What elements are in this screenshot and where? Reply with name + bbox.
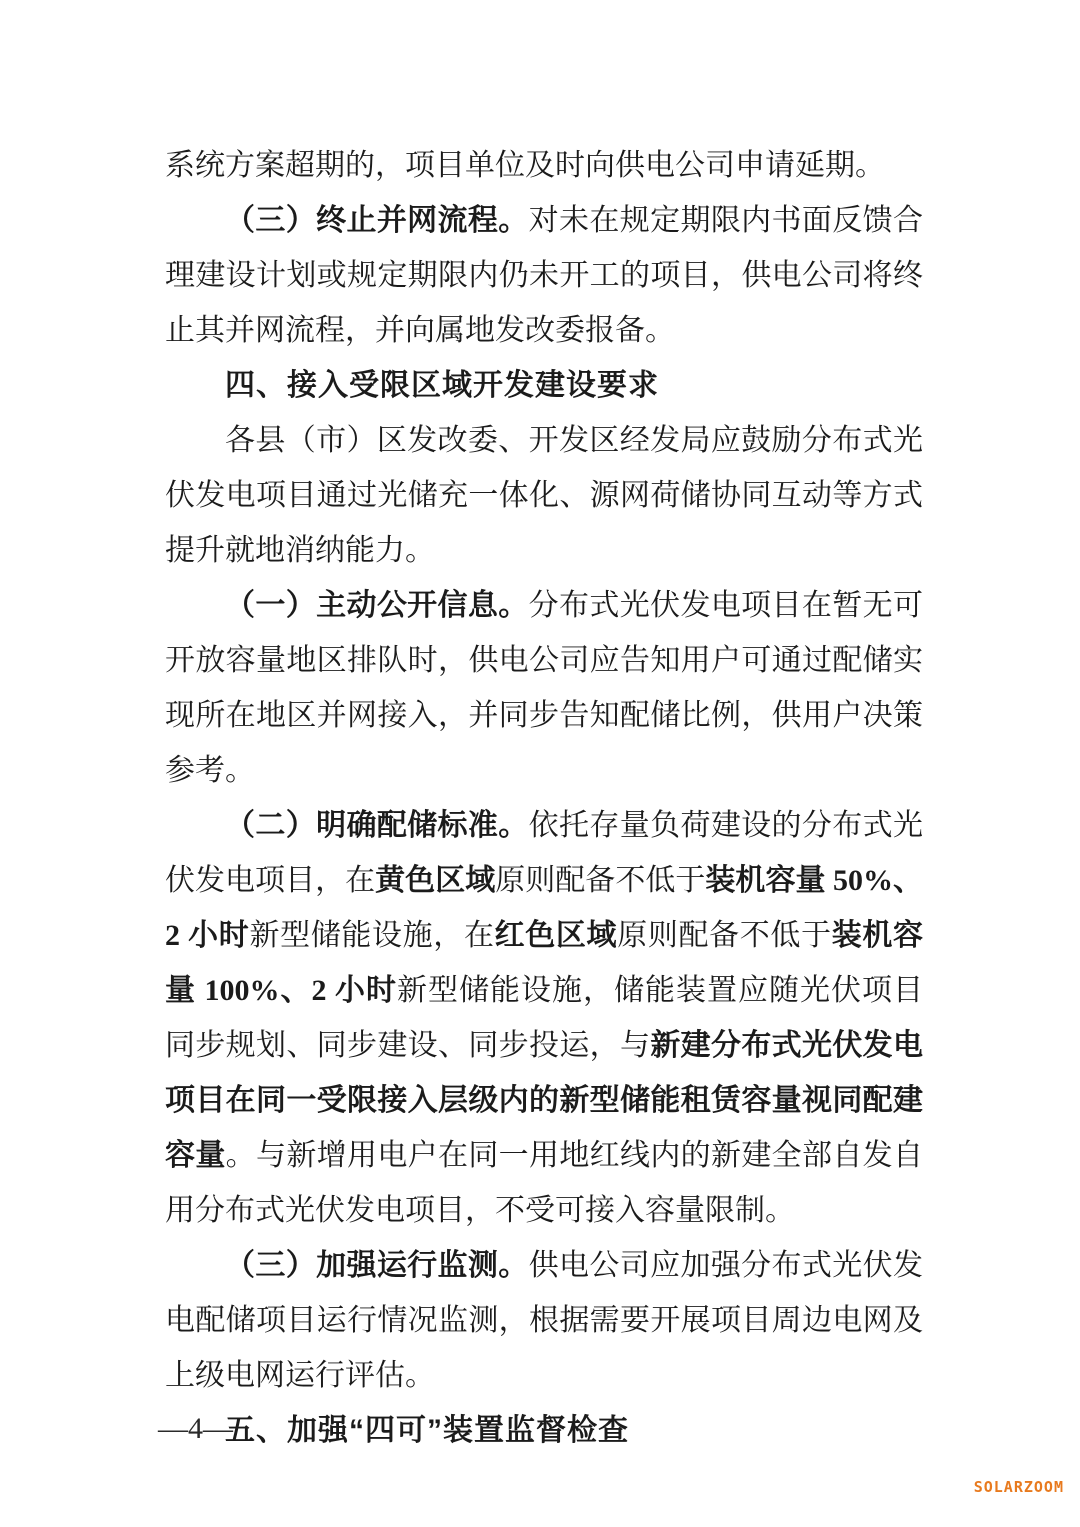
- text-run: 各县（市）区发改委、开发区经发局应鼓励分布式光伏发电项目通过光储充一体化、源网荷…: [165, 424, 923, 567]
- text-run: 四、接入受限区域开发建设要求: [225, 369, 659, 402]
- text-run: 新型储能设施，在: [249, 919, 494, 952]
- paragraph: （一）主动公开信息。分布式光伏发电项目在暂无可开放容量地区排队时，供电公司应告知…: [165, 578, 923, 798]
- text-run: 。与新增用电户在同一用地红线内的新建全部自发自用分布式光伏发电项目，不受可接入容…: [165, 1139, 923, 1227]
- watermark-solarzoom: SOLARZOOM: [974, 1478, 1064, 1496]
- text-run: 五、加强“四可”装置监督检查: [225, 1414, 629, 1447]
- text-run: 原则配备不低于: [495, 864, 705, 897]
- text-run: 系统方案超期的，项目单位及时向供电公司申请延期。: [165, 149, 885, 182]
- text-run: 原则配备不低于: [617, 919, 832, 952]
- text-run: 黄色区域: [375, 864, 495, 897]
- paragraph: 系统方案超期的，项目单位及时向供电公司申请延期。: [165, 138, 923, 193]
- text-run: （一）主动公开信息。: [225, 589, 529, 622]
- text-run: （三）加强运行监测。: [225, 1249, 529, 1282]
- paragraph: 各县（市）区发改委、开发区经发局应鼓励分布式光伏发电项目通过光储充一体化、源网荷…: [165, 413, 923, 578]
- section-heading: 四、接入受限区域开发建设要求: [165, 358, 923, 413]
- paragraph: （二）明确配储标准。依托存量负荷建设的分布式光伏发电项目，在黄色区域原则配备不低…: [165, 798, 923, 1238]
- page-number: —4—: [158, 1412, 233, 1446]
- text-run: （二）明确配储标准。: [225, 809, 529, 842]
- text-run: 红色区域: [495, 919, 618, 952]
- text-run: （三）终止并网流程。: [225, 204, 529, 237]
- section-heading: 五、加强“四可”装置监督检查: [165, 1403, 923, 1458]
- document-body: 系统方案超期的，项目单位及时向供电公司申请延期。（三）终止并网流程。对未在规定期…: [165, 138, 923, 1458]
- paragraph: （三）终止并网流程。对未在规定期限内书面反馈合理建设计划或规定期限内仍未开工的项…: [165, 193, 923, 358]
- document-page: 系统方案超期的，项目单位及时向供电公司申请延期。（三）终止并网流程。对未在规定期…: [0, 0, 1080, 1527]
- paragraph: （三）加强运行监测。供电公司应加强分布式光伏发电配储项目运行情况监测，根据需要开…: [165, 1238, 923, 1403]
